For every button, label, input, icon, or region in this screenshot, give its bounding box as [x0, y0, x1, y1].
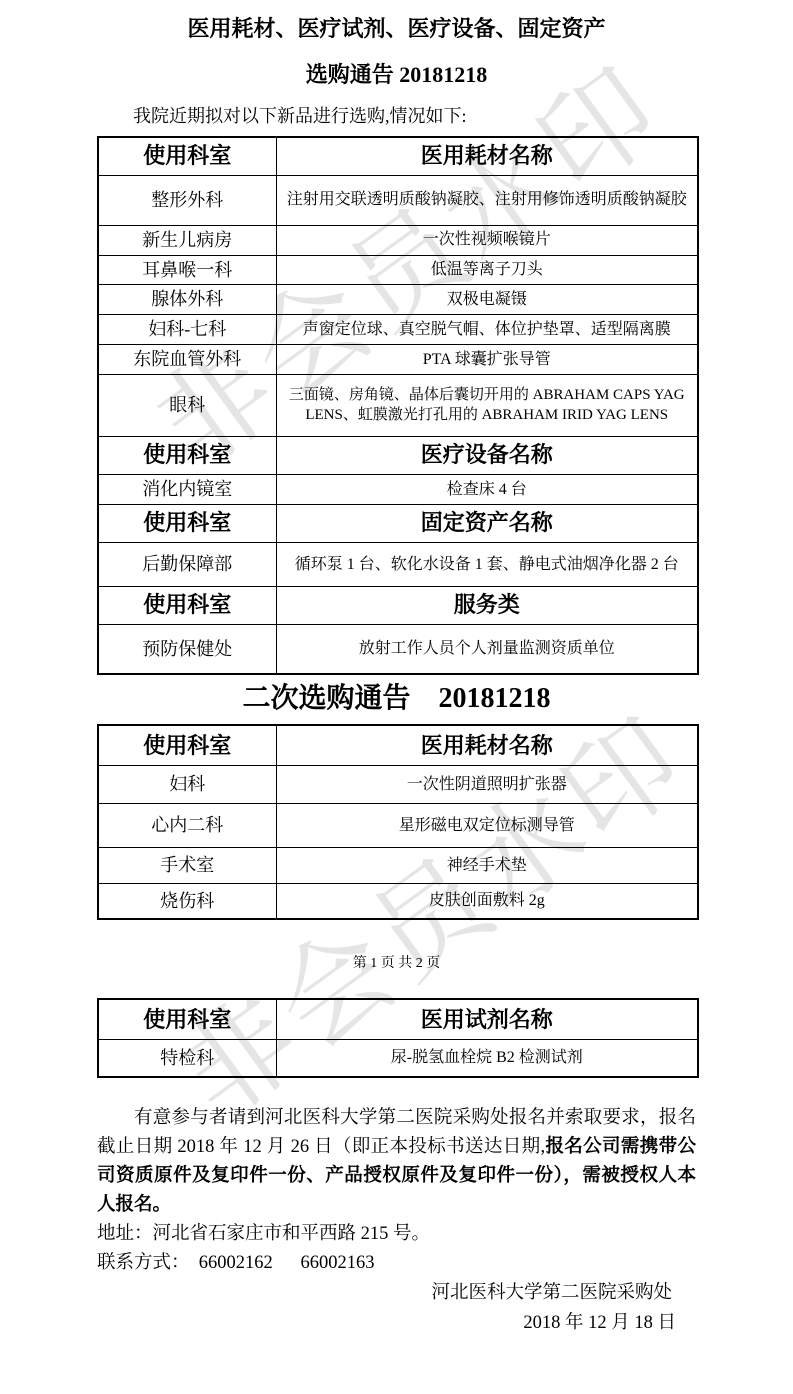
table-row: 眼科 三面镜、房角镜、晶体后囊切开用的 ABRAHAM CAPS YAG LEN…: [98, 374, 698, 436]
dept-header-cell: 使用科室: [98, 586, 276, 624]
date-line: 2018 年 12 月 18 日: [97, 1308, 696, 1338]
item-cell: 放射工作人员个人剂量监测资质单位: [276, 624, 698, 674]
item-cell: 一次性视频喉镜片: [276, 225, 698, 255]
category-header-cell: 固定资产名称: [276, 504, 698, 542]
second-table: 使用科室 医用耗材名称 妇科 一次性阴道照明扩张器 心内二科 星形磁电双定位标测…: [97, 724, 699, 920]
category-header-cell: 医疗设备名称: [276, 436, 698, 474]
dept-header-cell: 使用科室: [98, 999, 276, 1039]
dept-cell: 烧伤科: [98, 883, 276, 919]
dept-cell: 预防保健处: [98, 624, 276, 674]
main-table: 使用科室 医用耗材名称 整形外科 注射用交联透明质酸钠凝胶、注射用修饰透明质酸钠…: [97, 136, 699, 675]
dept-cell: 手术室: [98, 847, 276, 883]
dept-header-cell: 使用科室: [98, 725, 276, 765]
table-row: 耳鼻喉一科 低温等离子刀头: [98, 255, 698, 284]
dept-header-cell: 使用科室: [98, 137, 276, 175]
table-header-row: 使用科室 医用试剂名称: [98, 999, 698, 1039]
dept-cell: 耳鼻喉一科: [98, 255, 276, 284]
table-row: 心内二科 星形磁电双定位标测导管: [98, 803, 698, 847]
table-row: 特检科 尿-脱氢血栓烷 B2 检测试剂: [98, 1039, 698, 1077]
signature-line: 河北医科大学第二医院采购处: [97, 1278, 696, 1308]
document-page: 非会员水印 非会员水印 医用耗材、医疗试剂、医疗设备、固定资产 选购通告 201…: [0, 0, 793, 1394]
notice-paragraph: 有意参与者请到河北医科大学第二医院采购处报名并索取要求，报名截止日期 2018 …: [97, 1104, 696, 1220]
item-cell: 神经手术垫: [276, 847, 698, 883]
page-subtitle: 选购通告 20181218: [97, 61, 696, 88]
table-header-row: 使用科室 固定资产名称: [98, 504, 698, 542]
page-title: 医用耗材、医疗试剂、医疗设备、固定资产: [97, 15, 696, 42]
dept-cell: 整形外科: [98, 175, 276, 225]
item-cell: 声窗定位球、真空脱气帽、体位护垫罩、适型隔离膜: [276, 314, 698, 344]
table-header-row: 使用科室 医疗设备名称: [98, 436, 698, 474]
reagent-table: 使用科室 医用试剂名称 特检科 尿-脱氢血栓烷 B2 检测试剂: [97, 998, 699, 1078]
item-cell: 双极电凝镊: [276, 284, 698, 314]
table-header-row: 使用科室 医用耗材名称: [98, 725, 698, 765]
category-header-cell: 服务类: [276, 586, 698, 624]
table-row: 东院血管外科 PTA 球囊扩张导管: [98, 344, 698, 374]
item-cell: 循环泵 1 台、软化水设备 1 套、静电式油烟净化器 2 台: [276, 542, 698, 586]
address-line: 地址：河北省石家庄市和平西路 215 号。: [97, 1220, 696, 1249]
intro-text: 我院近期拟对以下新品进行选购,情况如下:: [97, 104, 696, 128]
item-cell: 皮肤创面敷料 2g: [276, 883, 698, 919]
item-cell: 星形磁电双定位标测导管: [276, 803, 698, 847]
table-row: 后勤保障部 循环泵 1 台、软化水设备 1 套、静电式油烟净化器 2 台: [98, 542, 698, 586]
table-row: 妇科-七科 声窗定位球、真空脱气帽、体位护垫罩、适型隔离膜: [98, 314, 698, 344]
document-content: 医用耗材、医疗试剂、医疗设备、固定资产 选购通告 20181218 我院近期拟对…: [0, 15, 793, 1338]
item-cell: 注射用交联透明质酸钠凝胶、注射用修饰透明质酸钠凝胶: [276, 175, 698, 225]
dept-cell: 消化内镜室: [98, 474, 276, 504]
dept-cell: 妇科: [98, 765, 276, 803]
dept-cell: 特检科: [98, 1039, 276, 1077]
table-row: 烧伤科 皮肤创面敷料 2g: [98, 883, 698, 919]
table-row: 整形外科 注射用交联透明质酸钠凝胶、注射用修饰透明质酸钠凝胶: [98, 175, 698, 225]
table-row: 新生儿病房 一次性视频喉镜片: [98, 225, 698, 255]
item-cell: 三面镜、房角镜、晶体后囊切开用的 ABRAHAM CAPS YAG LENS、虹…: [276, 374, 698, 436]
category-header-cell: 医用试剂名称: [276, 999, 698, 1039]
dept-cell: 东院血管外科: [98, 344, 276, 374]
table-row: 妇科 一次性阴道照明扩张器: [98, 765, 698, 803]
item-cell: 尿-脱氢血栓烷 B2 检测试剂: [276, 1039, 698, 1077]
item-cell: PTA 球囊扩张导管: [276, 344, 698, 374]
second-notice-title: 二次选购通告 20181218: [97, 682, 696, 716]
dept-cell: 腺体外科: [98, 284, 276, 314]
dept-cell: 新生儿病房: [98, 225, 276, 255]
dept-header-cell: 使用科室: [98, 436, 276, 474]
table-header-row: 使用科室 医用耗材名称: [98, 137, 698, 175]
category-header-cell: 医用耗材名称: [276, 137, 698, 175]
category-header-cell: 医用耗材名称: [276, 725, 698, 765]
contact-line: 联系方式： 66002162 66002163: [97, 1249, 696, 1278]
dept-cell: 妇科-七科: [98, 314, 276, 344]
item-cell: 检查床 4 台: [276, 474, 698, 504]
page-number: 第 1 页 共 2 页: [97, 952, 696, 972]
table-row: 预防保健处 放射工作人员个人剂量监测资质单位: [98, 624, 698, 674]
dept-cell: 眼科: [98, 374, 276, 436]
table-row: 手术室 神经手术垫: [98, 847, 698, 883]
table-header-row: 使用科室 服务类: [98, 586, 698, 624]
table-row: 腺体外科 双极电凝镊: [98, 284, 698, 314]
table-row: 消化内镜室 检查床 4 台: [98, 474, 698, 504]
dept-cell: 后勤保障部: [98, 542, 276, 586]
dept-cell: 心内二科: [98, 803, 276, 847]
item-cell: 一次性阴道照明扩张器: [276, 765, 698, 803]
dept-header-cell: 使用科室: [98, 504, 276, 542]
item-cell: 低温等离子刀头: [276, 255, 698, 284]
